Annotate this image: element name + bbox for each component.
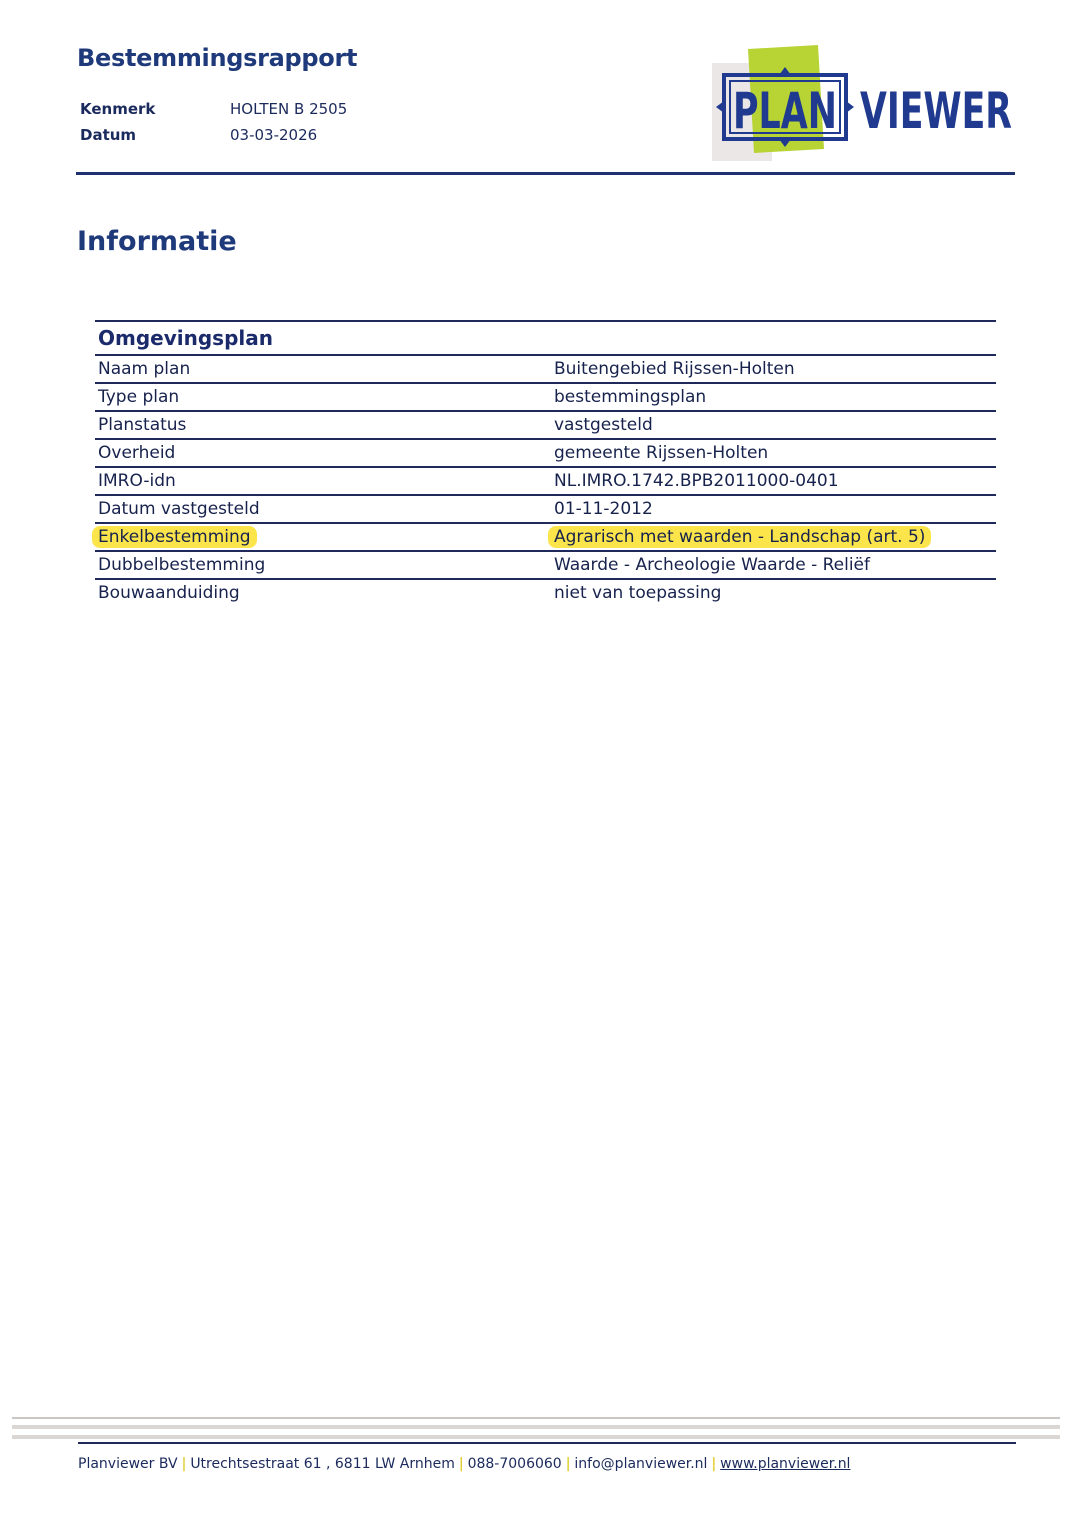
row-value: 01-11-2012 [551,495,996,523]
row-label: Dubbelbestemming [95,551,551,579]
footer-website-link[interactable]: www.planviewer.nl [720,1456,850,1472]
row-value: Agrarisch met waarden - Landschap (art. … [551,523,996,551]
header-divider [76,172,1015,175]
table-heading-row: Omgevingsplan [95,321,996,355]
table-row: Naam planBuitengebied Rijssen-Holten [95,355,996,383]
footer-divider [78,1442,1016,1444]
footer-email[interactable]: info@planviewer.nl [574,1456,707,1472]
footer-phone: 088-7006060 [468,1456,562,1472]
logo-text-viewer: VIEWER [860,82,1012,140]
meta-row-datum: Datum 03-03-2026 [80,122,347,148]
table-row: Datum vastgesteld01-11-2012 [95,495,996,523]
row-label: IMRO-idn [95,467,551,495]
highlight-mark: Enkelbestemming [92,526,257,548]
row-value: NL.IMRO.1742.BPB2011000-0401 [551,467,996,495]
row-label: Naam plan [95,355,551,383]
row-value: Waarde - Archeologie Waarde - Reliëf [551,551,996,579]
row-value: gemeente Rijssen-Holten [551,439,996,467]
table-heading: Omgevingsplan [95,321,996,355]
footer-address: Utrechtsestraat 61 , 6811 LW Arnhem [190,1456,455,1472]
highlight-mark: Agrarisch met waarden - Landschap (art. … [548,526,931,548]
report-title: Bestemmingsrapport [77,44,357,72]
row-value: bestemmingsplan [551,383,996,411]
table-row: IMRO-idnNL.IMRO.1742.BPB2011000-0401 [95,467,996,495]
table-row: Bouwaanduidingniet van toepassing [95,579,996,606]
planviewer-logo: PLAN VIEWER [700,45,1020,165]
meta-label: Datum [80,126,230,144]
logo-text-plan: PLAN [733,82,837,140]
row-value: niet van toepassing [551,579,996,606]
footer: Planviewer BV|Utrechtsestraat 61 , 6811 … [78,1456,850,1472]
table-row: Type planbestemmingsplan [95,383,996,411]
footer-decoration [12,1417,1060,1445]
table-row: Planstatusvastgesteld [95,411,996,439]
row-label: Planstatus [95,411,551,439]
section-title: Informatie [77,226,237,257]
meta-label: Kenmerk [80,100,230,118]
row-label: Enkelbestemming [95,523,551,551]
row-label: Overheid [95,439,551,467]
meta-value: HOLTEN B 2505 [230,100,347,118]
row-label: Datum vastgesteld [95,495,551,523]
meta-row-kenmerk: Kenmerk HOLTEN B 2505 [80,96,347,122]
row-label: Bouwaanduiding [95,579,551,606]
table-row: Overheidgemeente Rijssen-Holten [95,439,996,467]
report-meta: Kenmerk HOLTEN B 2505 Datum 03-03-2026 [80,96,347,148]
footer-company: Planviewer BV [78,1456,178,1472]
row-value: Buitengebied Rijssen-Holten [551,355,996,383]
row-label: Type plan [95,383,551,411]
table-row: DubbelbestemmingWaarde - Archeologie Waa… [95,551,996,579]
plan-info-table: Omgevingsplan Naam planBuitengebied Rijs… [95,320,996,606]
row-value: vastgesteld [551,411,996,439]
table-row: EnkelbestemmingAgrarisch met waarden - L… [95,523,996,551]
meta-value: 03-03-2026 [230,126,317,144]
